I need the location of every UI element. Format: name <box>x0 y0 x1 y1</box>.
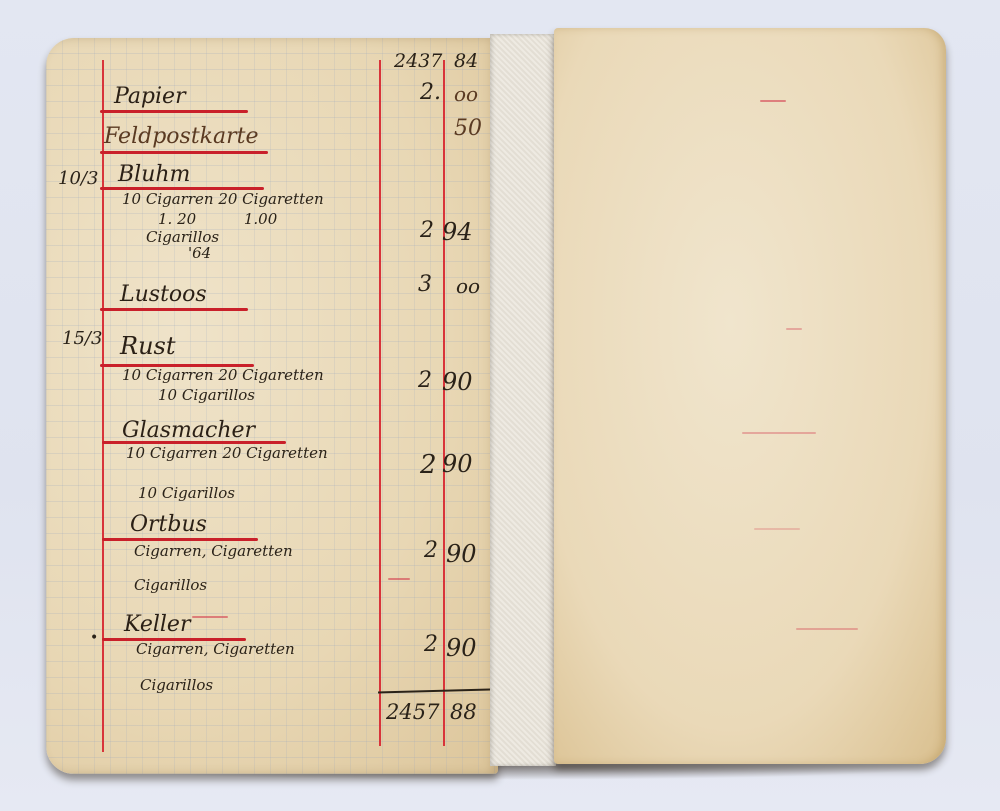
entry-cents: 90 <box>446 540 477 568</box>
entry-heading: Papier <box>114 84 186 109</box>
offset-red-mark <box>742 432 816 434</box>
entry-cents: 90 <box>446 634 477 662</box>
entry-detail: 10 Cigarillos <box>138 484 235 502</box>
entry-detail: Cigarren, Cigaretten <box>136 640 295 658</box>
entry-cents: 90 <box>442 450 473 478</box>
total-rule <box>378 689 490 693</box>
entry-heading: Bluhm <box>118 162 190 187</box>
entry-heading: Lustoos <box>120 282 207 307</box>
entry-detail: 10 Cigarren 20 Cigaretten <box>122 366 324 384</box>
offset-red-mark <box>796 628 858 630</box>
total-cents: 88 <box>450 700 477 724</box>
ink-dot: • <box>90 630 98 646</box>
red-ink-mark <box>388 578 410 580</box>
entry-detail: 10 Cigarren 20 Cigaretten <box>122 190 324 208</box>
heading-underline <box>100 151 268 154</box>
entry-detail: Cigarillos <box>140 676 213 694</box>
carried-forward-cents: 84 <box>454 50 478 72</box>
offset-red-mark <box>754 528 800 530</box>
heading-underline <box>100 308 248 311</box>
entry-date: 15/3 <box>62 328 102 349</box>
entry-detail: Cigarren, Cigaretten <box>134 542 293 560</box>
entry-cents: 90 <box>442 368 473 396</box>
entry-heading: Rust <box>120 332 176 360</box>
entry-amount: 2 <box>424 632 438 657</box>
entry-detail: 10 Cigarillos <box>158 386 255 404</box>
entry-cents: oo <box>454 82 478 106</box>
entry-cents: 94 <box>442 218 473 246</box>
entry-amount: 2 <box>420 218 434 243</box>
entry-amount: 3 <box>418 272 432 297</box>
entry-amount: 2. <box>420 80 441 105</box>
heading-underline <box>100 110 248 113</box>
heading-underline <box>102 538 258 541</box>
amount-column-rule <box>379 60 381 746</box>
entry-detail: Cigarillos <box>134 576 207 594</box>
entry-amount: 2 <box>418 368 432 393</box>
right-blank-page <box>554 28 946 764</box>
carried-forward-amount: 2437 <box>394 50 442 72</box>
entry-heading: Glasmacher <box>122 418 255 443</box>
cloth-spine <box>490 34 556 766</box>
entry-amount: 2 <box>420 450 437 480</box>
entry-detail: '64 <box>188 244 211 262</box>
offset-red-mark <box>760 100 786 102</box>
entry-cents: 50 <box>454 116 482 141</box>
entry-date: 10/3 <box>58 168 98 189</box>
entry-heading: Ortbus <box>130 512 207 537</box>
cents-column-rule <box>443 60 445 746</box>
offset-red-mark <box>786 328 802 330</box>
entry-heading: Feldpostkarte <box>104 124 258 149</box>
red-ink-mark <box>192 616 228 618</box>
entry-heading: Keller <box>124 612 190 637</box>
entry-cents: oo <box>456 274 480 298</box>
margin-rule <box>102 60 104 752</box>
entry-detail: 1. 20 1.00 <box>158 210 277 228</box>
entry-detail: 10 Cigarren 20 Cigaretten <box>126 444 328 462</box>
entry-amount: 2 <box>424 538 438 563</box>
total-amount: 2457 <box>386 700 439 724</box>
left-ledger-page: 2437 84 Papier 2. oo Feldpostkarte 50 10… <box>46 38 498 774</box>
